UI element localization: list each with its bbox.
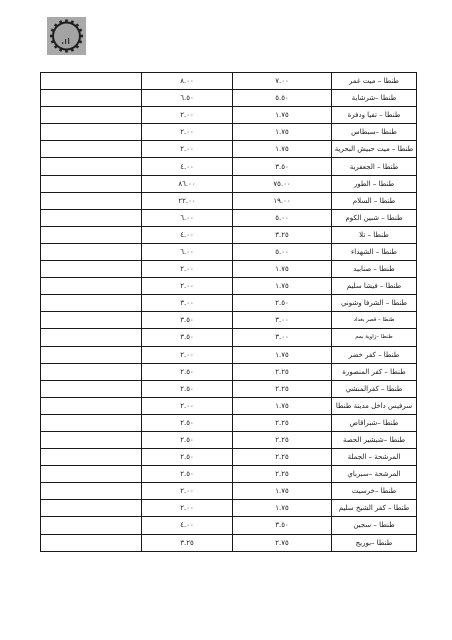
extra-cell <box>41 312 142 329</box>
route-cell: طنطا – ميت غمر <box>332 73 417 90</box>
fare-b-cell: ٨٦.٠٠ <box>142 175 233 192</box>
table-row: ٢.٠٠١.٧٥طنطا – فيشا سليم <box>41 278 417 295</box>
fare-a-cell: ٥.٠٠ <box>233 209 332 226</box>
extra-cell <box>41 73 142 90</box>
fare-b-cell: ٤.٠٠ <box>142 517 233 534</box>
table-row: ٢.٥٠٢.٢٥المرشحة –سبرباي <box>41 466 417 483</box>
fare-b-cell: ٦.٠٠ <box>142 209 233 226</box>
extra-cell <box>41 483 142 500</box>
table-row: ٢.٥٠٢.٢٥طنطا – كفر المنصورة <box>41 363 417 380</box>
table-row: ٦.٠٠٥.٠٠طنطا – الشهداء <box>41 243 417 260</box>
fare-a-cell: ٥.٥٠ <box>233 90 332 107</box>
table-row: ٢.٥٠٢.٢٥المرشحة – الجملة <box>41 449 417 466</box>
route-cell: طنطا –شبراقاص <box>332 414 417 431</box>
extra-cell <box>41 141 142 158</box>
route-cell: طنطا –بوريج <box>332 534 417 551</box>
route-cell: طنطا – السلام <box>332 192 417 209</box>
fare-b-cell: ٢.٥٠ <box>142 466 233 483</box>
table-row: ٢.٠٠١.٧٥طنطا – كفر خضر <box>41 346 417 363</box>
route-cell: طنطا – كفر خضر <box>332 346 417 363</box>
extra-cell <box>41 329 142 346</box>
fare-a-cell: ٢.٢٥ <box>233 466 332 483</box>
fare-a-cell: ٣.٢٥ <box>233 226 332 243</box>
fare-a-cell: ٢.٥٠ <box>233 295 332 312</box>
fare-a-cell: ١.٧٥ <box>233 397 332 414</box>
fares-table: ٨.٠٠٧.٠٠طنطا – ميت غمر٦.٥٠٥.٥٠طنطا –شرشا… <box>40 72 417 552</box>
fare-b-cell: ٢.٥٠ <box>142 380 233 397</box>
fare-a-cell: ١.٧٥ <box>233 500 332 517</box>
extra-cell <box>41 414 142 431</box>
table-row: ٣.٥٠٣.٠٠طنطا –زاوية بمم <box>41 329 417 346</box>
fare-a-cell: ١.٧٥ <box>233 278 332 295</box>
route-cell: طنطا –خرسيت <box>332 483 417 500</box>
table-row: ٤.٠٠٣.٥٠طنطا – الجعفرية <box>41 158 417 175</box>
table-row: ٤.٠٠٣.٥٠طنطا – سجين <box>41 517 417 534</box>
route-cell: طنطا – الجعفرية <box>332 158 417 175</box>
table-row: ٢.٠٠١.٧٥طنطا – ميت حبيش البحرية <box>41 141 417 158</box>
table-row: ٢.٥٠٢.٢٥طنطا –شبراقاص <box>41 414 417 431</box>
fare-b-cell: ٢.٠٠ <box>142 397 233 414</box>
fare-a-cell: ١.٧٥ <box>233 483 332 500</box>
fare-b-cell: ٢.٠٠ <box>142 346 233 363</box>
extra-cell <box>41 431 142 448</box>
fare-a-cell: ٣.٥٠ <box>233 158 332 175</box>
extra-cell <box>41 278 142 295</box>
extra-cell <box>41 209 142 226</box>
fare-b-cell: ٢.٠٠ <box>142 261 233 278</box>
fare-a-cell: ٢.٢٥ <box>233 414 332 431</box>
fare-b-cell: ٢.٥٠ <box>142 449 233 466</box>
route-cell: طنطا –زاوية بمم <box>332 329 417 346</box>
table-row: ٦.٠٠٥.٠٠طنطا – شبين الكوم <box>41 209 417 226</box>
route-cell: طنطا – فيشا سليم <box>332 278 417 295</box>
fare-b-cell: ٢.٥٠ <box>142 414 233 431</box>
fare-a-cell: ٢.٢٥ <box>233 363 332 380</box>
fare-a-cell: ١٩.٠٠ <box>233 192 332 209</box>
fare-b-cell: ٣.٠٠ <box>142 295 233 312</box>
route-cell: المرشحة – الجملة <box>332 449 417 466</box>
fare-b-cell: ٢.٠٠ <box>142 107 233 124</box>
table-row: ٣.٠٠٢.٥٠طنطا – الشرفا وشوني <box>41 295 417 312</box>
extra-cell <box>41 90 142 107</box>
table-row: ٢.٠٠١.٧٥طنطا – كفر الشيخ سليم <box>41 500 417 517</box>
fare-a-cell: ٢.٢٥ <box>233 431 332 448</box>
fare-b-cell: ٢.٠٠ <box>142 124 233 141</box>
fare-a-cell: ٢.٧٥ <box>233 534 332 551</box>
route-cell: طنطا – تلا <box>332 226 417 243</box>
extra-cell <box>41 466 142 483</box>
route-cell: طنطا – كفر الشيخ سليم <box>332 500 417 517</box>
extra-cell <box>41 449 142 466</box>
extra-cell <box>41 261 142 278</box>
fare-a-cell: ١.٧٥ <box>233 141 332 158</box>
fare-b-cell: ٣.٢٥ <box>142 534 233 551</box>
fare-b-cell: ٢.٥٠ <box>142 363 233 380</box>
fare-b-cell: ٢.٥٠ <box>142 431 233 448</box>
fare-b-cell: ٤.٠٠ <box>142 158 233 175</box>
extra-cell <box>41 295 142 312</box>
route-cell: طنطا – ميت حبيش البحرية <box>332 141 417 158</box>
fare-b-cell: ٦.٠٠ <box>142 243 233 260</box>
extra-cell <box>41 226 142 243</box>
fare-a-cell: ٣.٠٠ <box>233 312 332 329</box>
fare-a-cell: ٢.٢٥ <box>233 449 332 466</box>
extra-cell <box>41 243 142 260</box>
extra-cell <box>41 175 142 192</box>
route-cell: طنطا – الشهداء <box>332 243 417 260</box>
fare-b-cell: ٢.٠٠ <box>142 278 233 295</box>
fare-a-cell: ٥.٠٠ <box>233 243 332 260</box>
route-cell: طنطا – تفيا ودفرة <box>332 107 417 124</box>
fare-a-cell: ١.٧٥ <box>233 261 332 278</box>
table-row: ٦.٥٠٥.٥٠طنطا –شرشابة <box>41 90 417 107</box>
fare-b-cell: ٢.٠٠ <box>142 141 233 158</box>
table-row: ٢.٠٠١.٧٥طنطا –سبطاس <box>41 124 417 141</box>
table-row: ٢.٥٠٢.٢٥طنطا – كفرالمنشي <box>41 380 417 397</box>
gear-emblem-icon <box>47 17 86 55</box>
route-cell: طنطا – شبين الكوم <box>332 209 417 226</box>
route-cell: طنطا – كفرالمنشي <box>332 380 417 397</box>
fare-b-cell: ٢٢.٠٠ <box>142 192 233 209</box>
extra-cell <box>41 346 142 363</box>
route-cell: طنطا –شرشابة <box>332 90 417 107</box>
extra-cell <box>41 534 142 551</box>
fare-b-cell: ٢.٠٠ <box>142 500 233 517</box>
fare-b-cell: ٦.٥٠ <box>142 90 233 107</box>
route-cell: طنطا – صنابيد <box>332 261 417 278</box>
extra-cell <box>41 500 142 517</box>
route-cell: طنطا – كفر المنصورة <box>332 363 417 380</box>
fare-b-cell: ٨.٠٠ <box>142 73 233 90</box>
table-row: ٢.٠٠١.٧٥طنطا – صنابيد <box>41 261 417 278</box>
table-row: ٤.٠٠٣.٢٥طنطا – تلا <box>41 226 417 243</box>
route-cell: سرفيس داخل مدينة طنطا <box>332 397 417 414</box>
fare-a-cell: ٢.٢٥ <box>233 380 332 397</box>
table-row: ٢.٠٠١.٧٥طنطا – تفيا ودفرة <box>41 107 417 124</box>
table-row: ٢.٥٠٢.٢٥طنطا –شبشير الحصة <box>41 431 417 448</box>
table-row: ٢.٠٠١.٧٥طنطا –خرسيت <box>41 483 417 500</box>
extra-cell <box>41 363 142 380</box>
extra-cell <box>41 517 142 534</box>
extra-cell <box>41 107 142 124</box>
fare-b-cell: ٣.٥٠ <box>142 329 233 346</box>
fare-a-cell: ١.٧٥ <box>233 346 332 363</box>
route-cell: المرشحة –سبرباي <box>332 466 417 483</box>
fare-a-cell: ٣.٥٠ <box>233 517 332 534</box>
fare-b-cell: ٤.٠٠ <box>142 226 233 243</box>
fare-a-cell: ١.٧٥ <box>233 124 332 141</box>
route-cell: طنطا – قصر بغداد <box>332 312 417 329</box>
route-cell: طنطا –شبشير الحصة <box>332 431 417 448</box>
fare-b-cell: ٣.٥٠ <box>142 312 233 329</box>
gear-emblem-svg <box>47 17 86 55</box>
fare-a-cell: ٧.٠٠ <box>233 73 332 90</box>
fare-a-cell: ٣.٠٠ <box>233 329 332 346</box>
table-row: ٨٦.٠٠٧٥.٠٠طنطا – الطور <box>41 175 417 192</box>
fare-a-cell: ١.٧٥ <box>233 107 332 124</box>
route-cell: طنطا – الشرفا وشوني <box>332 295 417 312</box>
table-row: ٣.٥٠٣.٠٠طنطا – قصر بغداد <box>41 312 417 329</box>
extra-cell <box>41 124 142 141</box>
extra-cell <box>41 192 142 209</box>
table-row: ٢.٠٠١.٧٥سرفيس داخل مدينة طنطا <box>41 397 417 414</box>
fare-a-cell: ٧٥.٠٠ <box>233 175 332 192</box>
route-cell: طنطا – سجين <box>332 517 417 534</box>
extra-cell <box>41 158 142 175</box>
table-row: ٣.٢٥٢.٧٥طنطا –بوريج <box>41 534 417 551</box>
table-row: ٢٢.٠٠١٩.٠٠طنطا – السلام <box>41 192 417 209</box>
table-row: ٨.٠٠٧.٠٠طنطا – ميت غمر <box>41 73 417 90</box>
extra-cell <box>41 397 142 414</box>
extra-cell <box>41 380 142 397</box>
route-cell: طنطا –سبطاس <box>332 124 417 141</box>
fare-b-cell: ٢.٠٠ <box>142 483 233 500</box>
route-cell: طنطا – الطور <box>332 175 417 192</box>
